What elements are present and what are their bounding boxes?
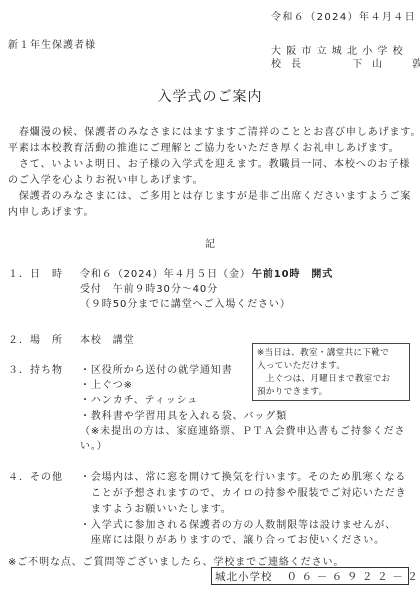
belongings-note: い。） — [80, 437, 108, 452]
belongings-item: ・区役所から送付の就学通知書 — [80, 361, 233, 376]
recipient: 新１年生保護者様 — [8, 36, 96, 51]
contact-phone: ０６－６９２２－２１３４ — [287, 571, 420, 583]
item-label-other: ４．その他 — [8, 468, 63, 483]
paragraph-line: さて、いよいよ明日、お子様の入学式を迎えます。教職員一同、本校へのお子様 — [8, 155, 410, 170]
shoes-note-box: ※当日は、教室・講堂共に下靴で 入っていただけます。 上ぐつは、月曜日まで教室で… — [252, 343, 410, 401]
page-title: 入学式のご案内 — [0, 86, 420, 106]
other-line: ・会場内は、常に窓を開けて換気を行います。そのため肌寒くなる — [80, 468, 406, 483]
contact-box: 城北小学校０６－６９２２－２１３４ — [211, 567, 409, 585]
other-line: ますようお願いいたします。 — [80, 500, 232, 515]
event-time: 午前10時 開式 — [252, 265, 333, 280]
other-line: 座席には限りがありますので、譲り合ってお使いください。 — [80, 531, 385, 546]
place-value: 本校 講堂 — [80, 331, 135, 346]
paragraph-line: 内申しあげます。 — [8, 203, 94, 218]
principal-name: 下山 敦 — [352, 55, 420, 70]
note-line: ※当日は、教室・講堂共に下靴で — [257, 347, 405, 360]
ki-heading: 記 — [0, 235, 420, 250]
contact-school: 城北小学校 — [215, 571, 273, 583]
reception-time: 受付 午前９時30分～40分 — [80, 280, 218, 295]
paragraph-line: 春爛漫の候、保護者のみなさまにはますますご清祥のこととお喜び申しあげます。 — [8, 123, 420, 138]
other-line: ・入学式に参加される保護者の方の人数制限等は設けませんが、 — [80, 516, 396, 531]
item-label-place: ２．場 所 — [8, 331, 63, 346]
belongings-item: ・教科書や学習用具を入れる袋、バッグ類 — [80, 407, 287, 422]
principal: 校長 下山 敦 — [271, 55, 420, 70]
other-line: ことが予想されますので、カイロの持参や服装でご対応いただき — [80, 484, 407, 499]
item-label-datetime: １．日 時 — [8, 265, 63, 280]
belongings-item: ・上ぐつ※ — [80, 376, 133, 391]
note-line: 入っていただけます。 — [257, 360, 405, 373]
paragraph-line: 平素は本校教育活動の推進にご理解とご協力をいただき厚くお礼申しあげます。 — [8, 139, 400, 154]
item-label-belongings: ３．持ち物 — [8, 361, 63, 376]
note-line: 上ぐつは、月曜日まで教室でお — [257, 373, 405, 386]
issue-date: 令和６（2024）年４月４日 — [271, 8, 416, 23]
inquiry-note: ※ご不明な点、ご質問等ございましたら、学校までご連絡ください。 — [8, 553, 344, 568]
paragraph-line: 保護者のみなさまには、ご多用とは存じますが是非ご出席くださいますようご案 — [8, 187, 411, 202]
belongings-note: （※未提出の方は、家庭連絡票、ＰＴＡ会費申込書もご持参くださ — [80, 422, 405, 437]
paragraph-line: のご入学を心よりお祝い申しあげます。 — [8, 171, 203, 186]
event-date: 令和６（2024）年４月５日（金） — [80, 265, 251, 280]
principal-title: 校長 — [271, 55, 311, 70]
note-line: 預かりできます。 — [257, 386, 405, 399]
belongings-item: ・ハンカチ、ティッシュ — [80, 391, 198, 406]
entry-note: （９時50分までに講堂へご入場ください） — [80, 295, 291, 310]
